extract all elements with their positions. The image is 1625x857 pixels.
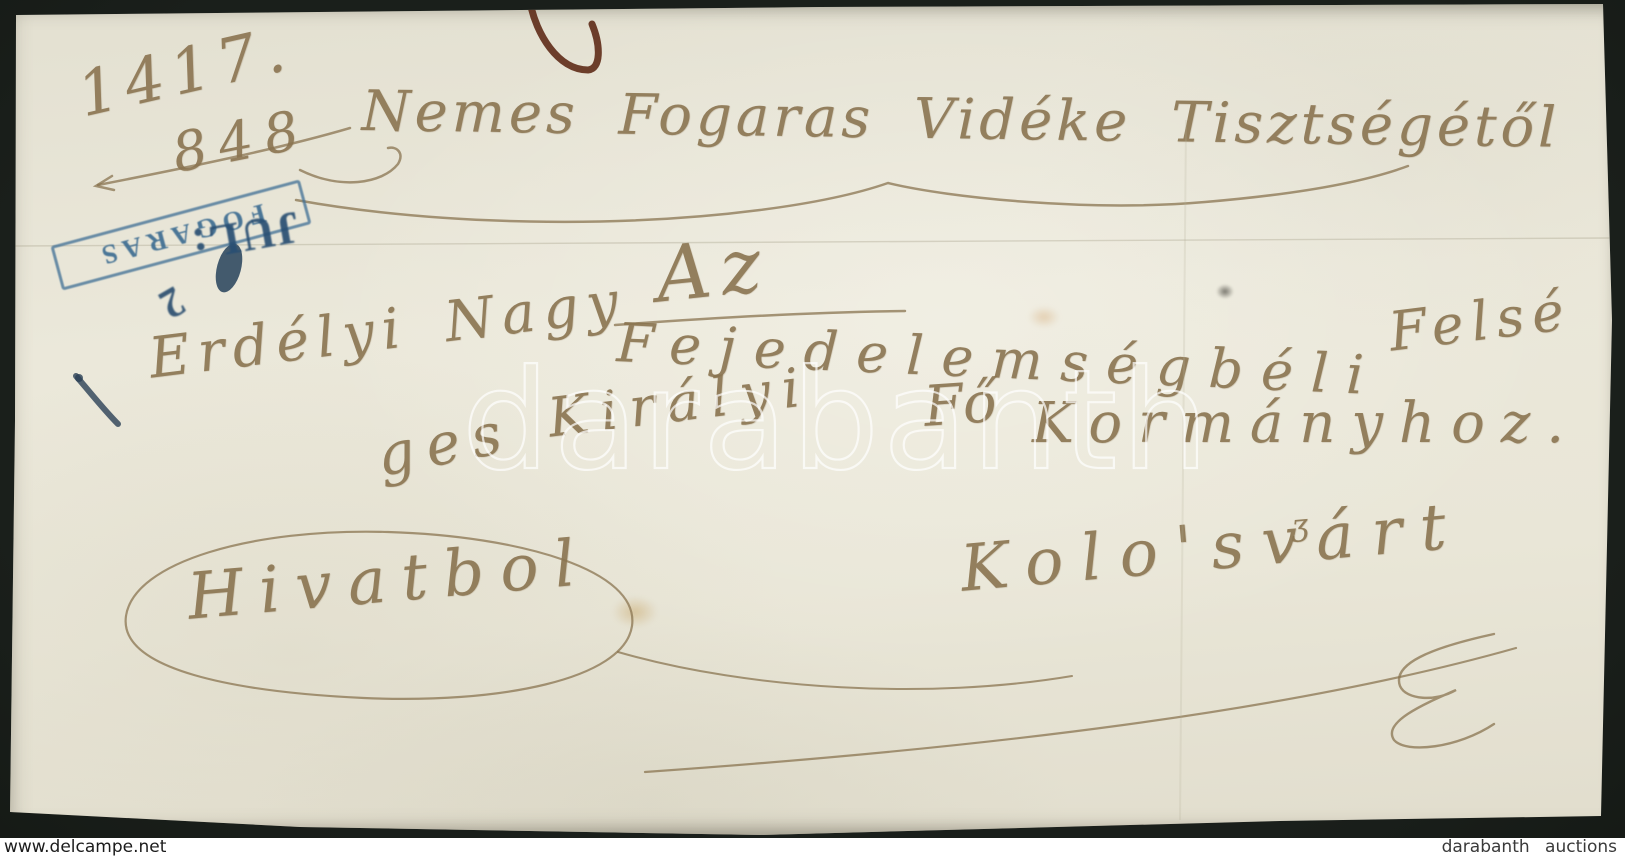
destination-paraph: [1392, 634, 1494, 747]
destination-elision-mark: ʒ: [1290, 511, 1309, 542]
center-watermark: darabanth: [462, 352, 1213, 490]
footer-strip: www.delcampe.net darabanth auctions: [0, 838, 1625, 857]
paper-stain: [1028, 306, 1060, 328]
darabanth-auctions-watermark: darabanth auctions: [1442, 838, 1617, 857]
address-salutation: Az: [652, 226, 774, 314]
photo-background: 1417. 848 Nemes Fogaras Vidéke Tisztségé…: [0, 0, 1625, 838]
docket-arrowhead: [96, 176, 114, 190]
sender-office-line: Nemes Fogaras Vidéke Tisztségétől: [361, 84, 1560, 157]
blue-ink-dot: [75, 374, 83, 382]
ink-speck: [1216, 284, 1234, 299]
docket-year: 848: [168, 101, 315, 181]
destination-underline-sweep: [645, 648, 1516, 772]
docket-tail-curl: [300, 148, 400, 183]
office-note-tail: [618, 652, 1072, 689]
paper-stain: [612, 596, 658, 628]
red-crayon-mark: [530, 2, 598, 70]
address-line1-right: Felsé: [1386, 284, 1575, 360]
delcampe-watermark: www.delcampe.net: [4, 838, 166, 857]
office-note-text: Hivatbol: [185, 531, 593, 630]
auction-photo: 1417. 848 Nemes Fogaras Vidéke Tisztségé…: [0, 0, 1625, 857]
destination-text: Kolo'svárt: [958, 494, 1466, 602]
sender-underline-flourish: [296, 166, 1408, 222]
blue-ink-slash: [76, 376, 118, 424]
